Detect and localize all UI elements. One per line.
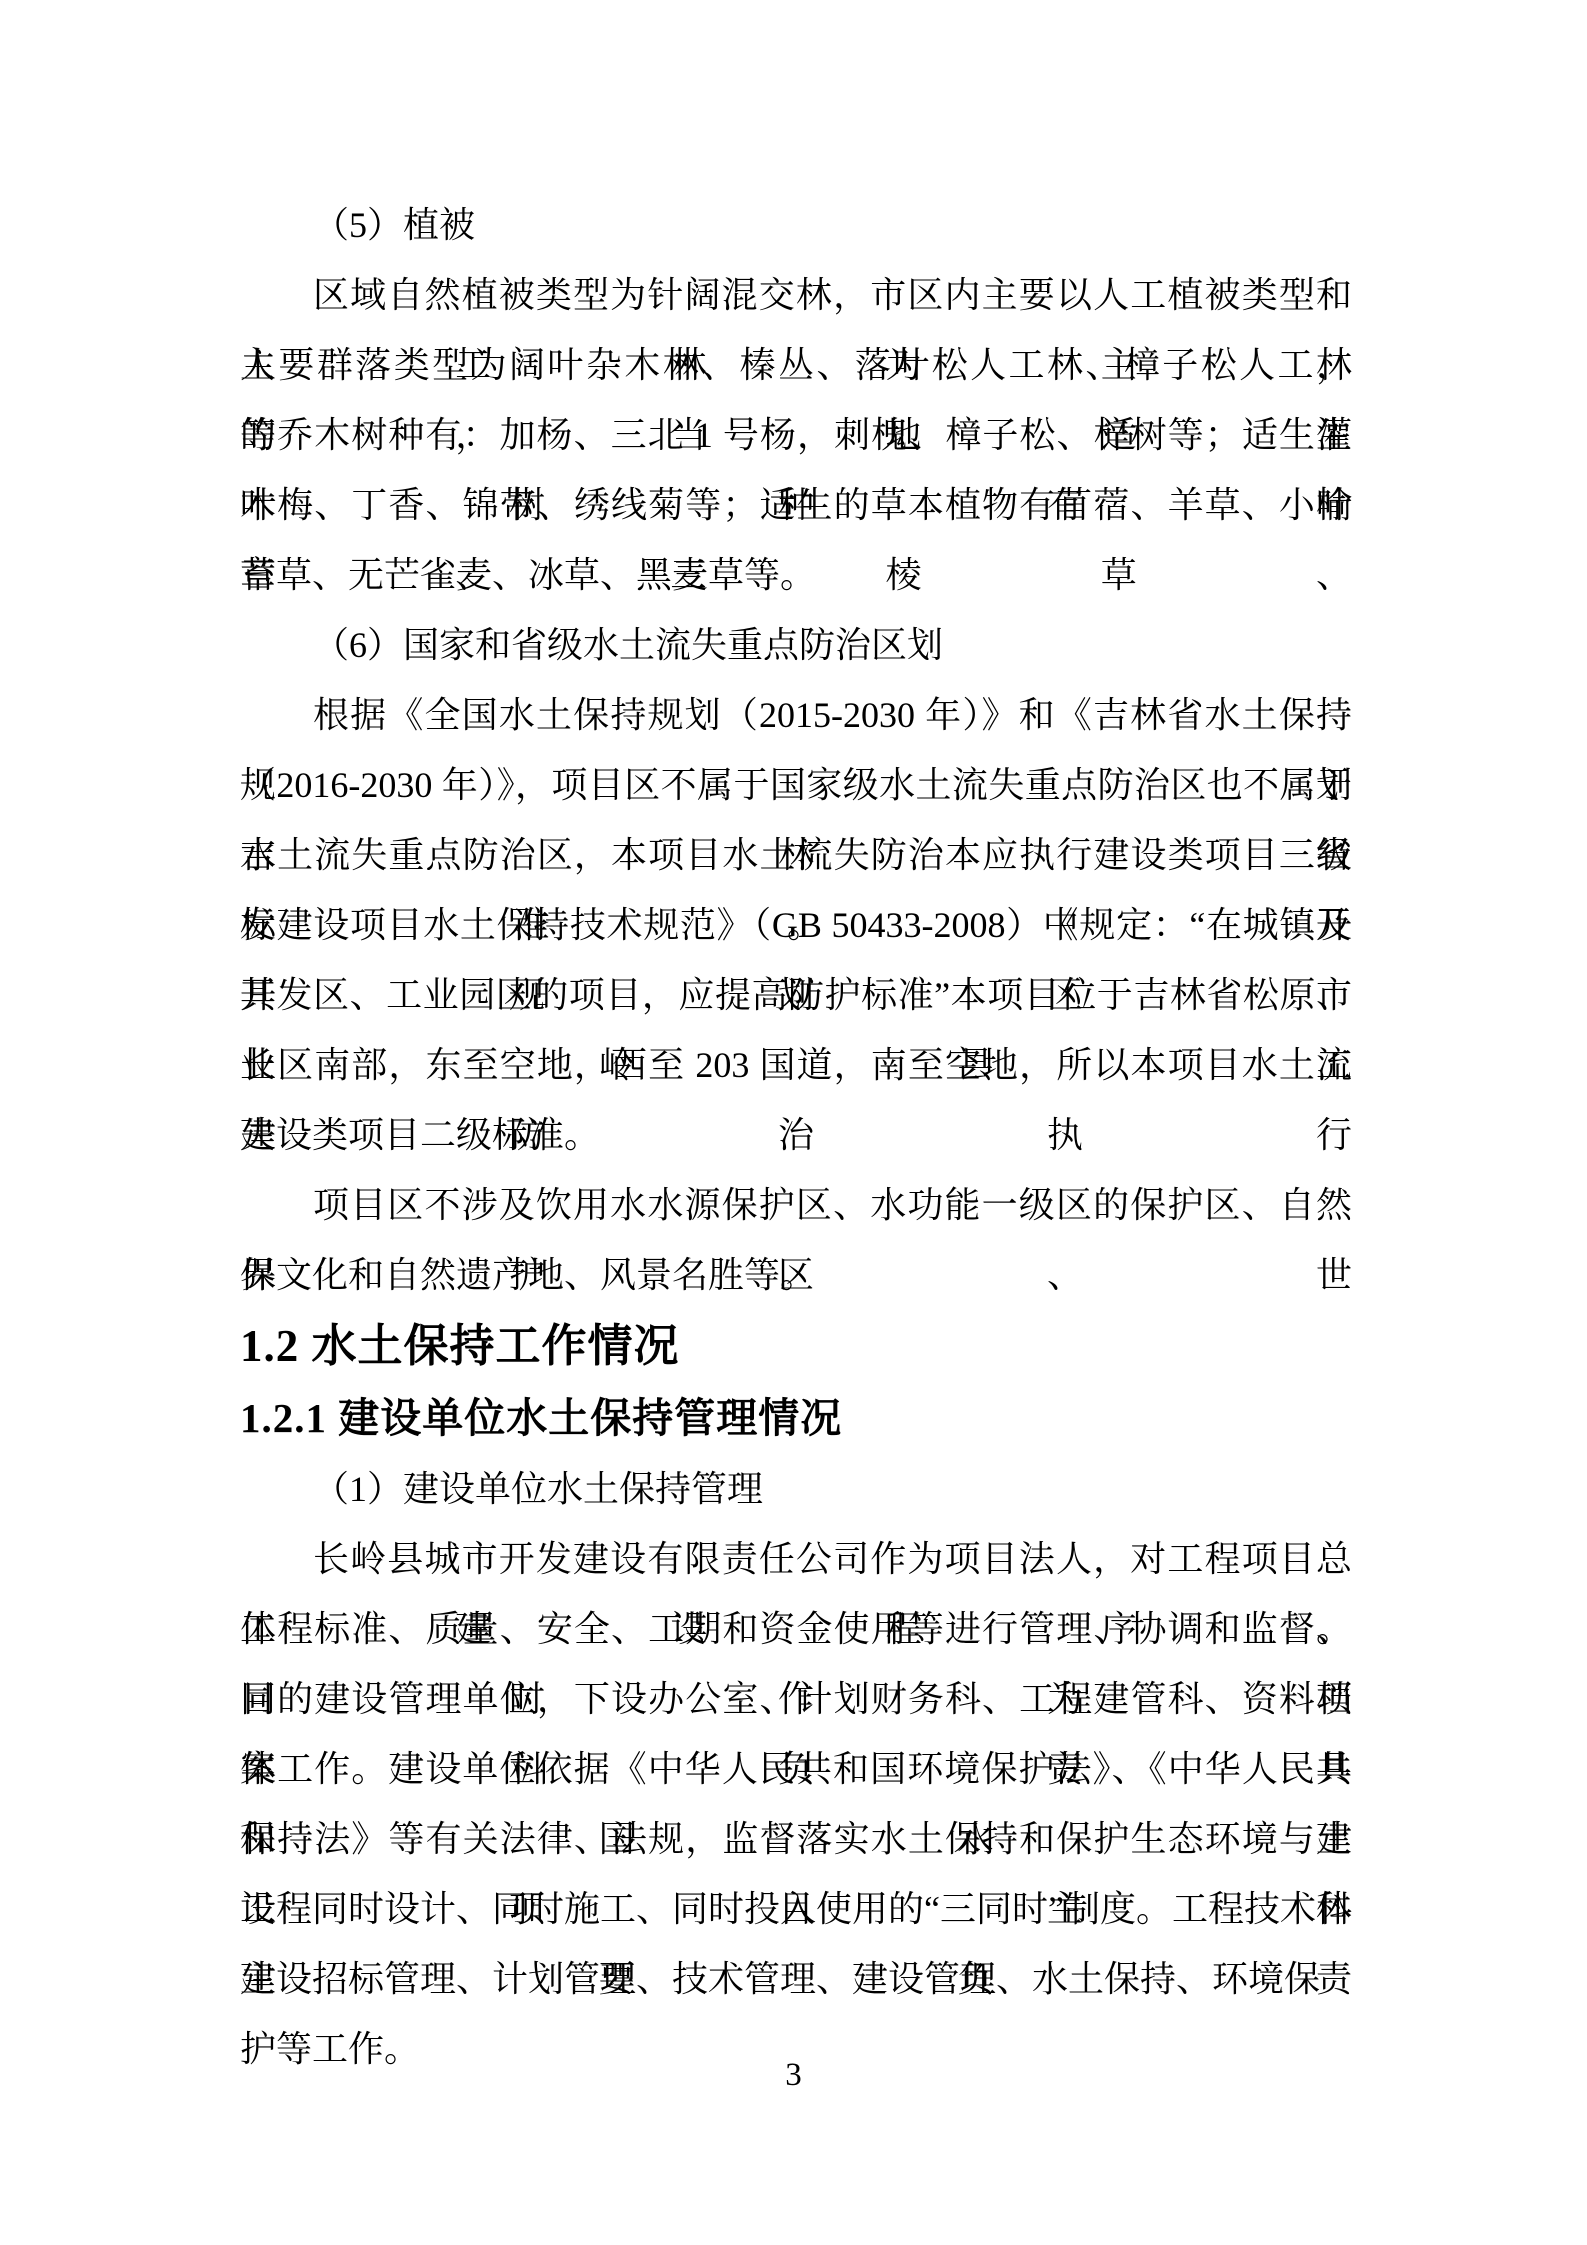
paragraph-line: 目的建设管理单位，下设办公室、计划财务科、工程建管科、资料档案科负责具 — [240, 1664, 1352, 1734]
subsection-heading: 1.2.1 建设单位水土保持管理情况 — [240, 1382, 1352, 1454]
paragraph-line: 根据《全国水土保持规划（2015-2030 年）》和《吉林省水土保持规划 — [240, 680, 1352, 750]
page-number: 3 — [0, 2040, 1587, 2110]
paragraph-line: 区域自然植被类型为针阔混交林，市区内主要以人工植被类型和人工林为主， — [240, 260, 1352, 330]
paragraph-line: 体工作。建设单位依据《中华人民共和国环境保护法》、《中华人民共和国水土 — [240, 1734, 1352, 1804]
paragraph-line: （5）植被 — [240, 190, 1352, 260]
paragraph-line: 的乔木树种有：加杨、三北 1 号杨，刺槐、樟子松、梓树等；适生灌木树种有榆 — [240, 400, 1352, 470]
section-heading: 1.2 水土保持工作情况 — [240, 1310, 1352, 1382]
document-page: （5）植被区域自然植被类型为针阔混交林，市区内主要以人工植被类型和人工林为主，主… — [0, 0, 1587, 2245]
paragraph-line: 保持法》等有关法律、法规，监督落实水土保持和保护生态环境与建设项目主体 — [240, 1804, 1352, 1874]
paragraph-line: 工程同时设计、同时施工、同时投入使用的“三同时”制度。工程技术科主要负责 — [240, 1874, 1352, 1944]
paragraph-line: 开发区、工业园区的项目，应提高防护标准”本项目位于吉林省松原市长岭县工 — [240, 960, 1352, 1030]
paragraph-line: 长岭县城市开发建设有限责任公司作为项目法人，对工程项目总体建设程序、 — [240, 1524, 1352, 1594]
paragraph-line: （2016-2030 年）》，项目区不属于国家级水土流失重点防治区也不属于吉林省 — [240, 750, 1352, 820]
paragraph-line: 发建设项目水土保持技术规范》（GB 50433-2008）中规定：“在城镇及其规… — [240, 890, 1352, 960]
paragraph-line: 叶梅、丁香、锦带、绣线菊等；适生的草本植物有苜蓿、羊草、小叶章、三棱草、 — [240, 470, 1352, 540]
paragraph-line: 工程标准、质量、安全、工期和资金使用等进行管理、协调和监督。同时作为项 — [240, 1594, 1352, 1664]
paragraph-line: 建设招标管理、计划管理、技术管理、建设管理、水土保持、环境保护等工作。 — [240, 1944, 1352, 2014]
paragraph-line: 主要群落类型为阔叶杂木林、榛丛、落叶松人工林、樟子松人工林等，当地适生 — [240, 330, 1352, 400]
paragraph-line: （6）国家和省级水土流失重点防治区划 — [240, 610, 1352, 680]
paragraph-line: 水土流失重点防治区，本项目水土流失防治本应执行建设类项目三级标准。《开 — [240, 820, 1352, 890]
paragraph-line: 业区南部，东至空地，西至 203 国道，南至空地，所以本项目水土流失防治执行 — [240, 1030, 1352, 1100]
paragraph-line: 项目区不涉及饮用水水源保护区、水功能一级区的保护区、自然保护区、世 — [240, 1170, 1352, 1240]
paragraph-line: （1）建设单位水土保持管理 — [240, 1454, 1352, 1524]
document-content: （5）植被区域自然植被类型为针阔混交林，市区内主要以人工植被类型和人工林为主，主… — [240, 190, 1352, 2014]
